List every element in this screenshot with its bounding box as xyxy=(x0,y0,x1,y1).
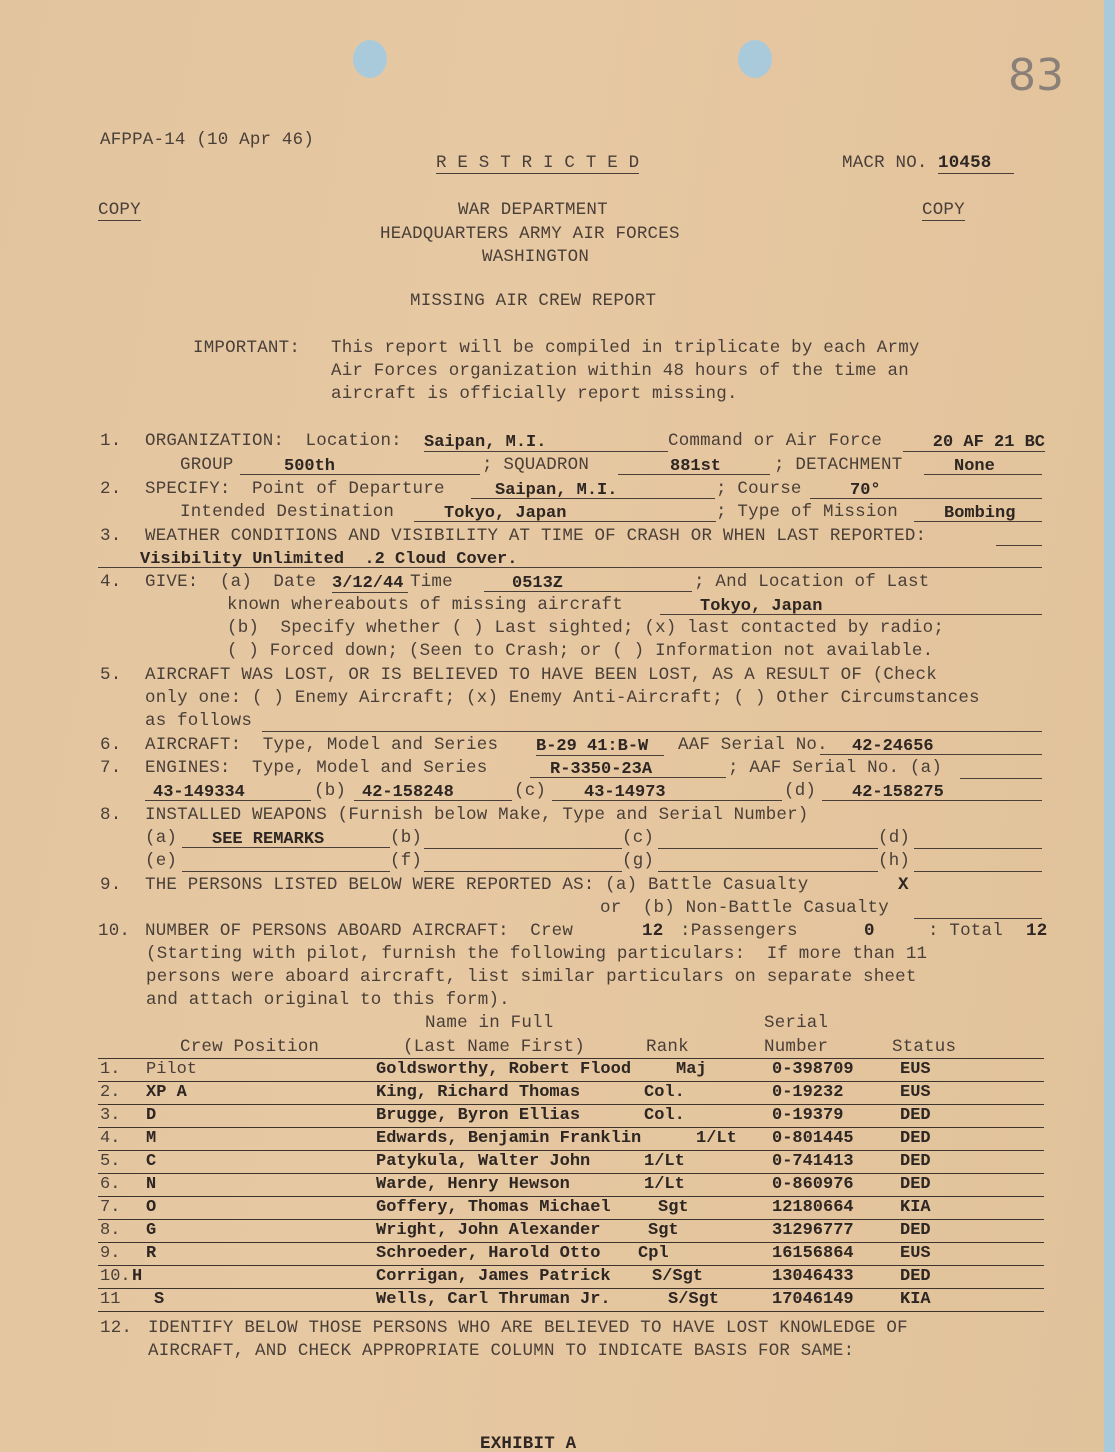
time-label: Time xyxy=(410,572,453,592)
s10-note3: and attach original to this form). xyxy=(146,990,510,1010)
engine-type-field: R-3350-23A xyxy=(530,760,726,778)
aircraft-serial-label: AAF Serial No. xyxy=(678,735,828,755)
table-row: 1. Pilot Goldsworthy, Robert Flood Maj 0… xyxy=(98,1060,1044,1083)
weapon-a-field: SEE REMARKS xyxy=(182,830,390,848)
row-num: 3. xyxy=(100,1106,120,1125)
engine-d-label: (d) xyxy=(784,781,816,801)
crew-serial: 31296777 xyxy=(772,1221,854,1240)
command-field: 20 AF 21 BC xyxy=(903,433,1045,452)
weapon-d-field xyxy=(914,830,1042,849)
crew-status: DED xyxy=(900,1175,931,1194)
crew-name: King, Richard Thomas xyxy=(376,1083,580,1102)
s4-num: 4. xyxy=(100,572,121,592)
weapon-e-field xyxy=(182,853,390,872)
header-serial-bottom: Number xyxy=(764,1037,828,1057)
crew-rank: S/Sgt xyxy=(668,1290,719,1309)
form-id: AFPPA-14 (10 Apr 46) xyxy=(100,130,314,150)
destination-field: Tokyo, Japan xyxy=(414,504,716,522)
header-status: Status xyxy=(892,1037,956,1057)
crew-status: EUS xyxy=(900,1244,931,1263)
crew-serial: 0-19232 xyxy=(772,1083,843,1102)
engine-serial-c: 43-14973 xyxy=(552,783,782,801)
crew-position: H xyxy=(132,1267,142,1286)
command-label: Command or Air Force xyxy=(668,431,882,451)
weapon-g-field xyxy=(658,853,878,872)
time-field: 0513Z xyxy=(484,574,692,592)
table-rule xyxy=(98,1104,1044,1105)
weapon-f-field xyxy=(424,853,622,872)
engine-serial-a-line xyxy=(960,760,1042,779)
row-num: 11 xyxy=(100,1290,120,1309)
important-line2: Air Forces organization within 48 hours … xyxy=(331,361,909,381)
crew-status: KIA xyxy=(900,1290,931,1309)
nonbattle-label: or (b) Non-Battle Casualty xyxy=(600,898,889,918)
s4b-line1: (b) Specify whether ( ) Last sighted; (x… xyxy=(227,618,944,638)
crew-rank: Maj xyxy=(676,1060,707,1079)
crew-position: C xyxy=(146,1152,156,1171)
classification: R E S T R I C T E D xyxy=(436,153,639,174)
s1-num: 1. xyxy=(100,431,121,451)
crew-position: Pilot xyxy=(146,1060,197,1079)
mission-label: ; Type of Mission xyxy=(716,502,898,522)
table-rule xyxy=(98,1173,1044,1174)
engine-serial-b: 42-158248 xyxy=(354,783,512,801)
table-rule xyxy=(98,1150,1044,1151)
table-row: 6. N Warde, Henry Hewson 1/Lt 0-860976 D… xyxy=(98,1175,1044,1198)
passenger-count: 0 xyxy=(864,921,875,941)
s12-line2: AIRCRAFT, AND CHECK APPROPRIATE COLUMN T… xyxy=(148,1341,854,1361)
crew-name: Patykula, Walter John xyxy=(376,1152,590,1171)
table-row: 4. M Edwards, Benjamin Franklin 1/Lt 0-8… xyxy=(98,1129,1044,1152)
important-line1: This report will be compiled in triplica… xyxy=(331,338,920,358)
s2-num: 2. xyxy=(100,479,121,499)
crew-position: N xyxy=(146,1175,156,1194)
crew-status: DED xyxy=(900,1129,931,1148)
table-row: 5. C Patykula, Walter John 1/Lt 0-741413… xyxy=(98,1152,1044,1175)
s7-num: 7. xyxy=(100,758,121,778)
crew-name: Wells, Carl Thruman Jr. xyxy=(376,1290,611,1309)
detachment-label: ; DETACHMENT xyxy=(774,455,902,475)
weather-line-end xyxy=(996,527,1042,546)
crew-name: Edwards, Benjamin Franklin xyxy=(376,1129,641,1148)
weather-field: Visibility Unlimited .2 Cloud Cover. xyxy=(98,550,1042,568)
table-row: 3. D Brugge, Byron Ellias Col. 0-19379 D… xyxy=(98,1106,1044,1129)
s9-num: 9. xyxy=(100,875,121,895)
total-label: : Total xyxy=(928,921,1003,941)
crew-rank: Col. xyxy=(644,1106,685,1125)
group-label: GROUP xyxy=(180,455,234,475)
s10-note1: (Starting with pilot, furnish the follow… xyxy=(146,944,927,964)
crew-rank: Sgt xyxy=(658,1198,689,1217)
row-num: 7. xyxy=(100,1198,120,1217)
crew-rank: 1/Lt xyxy=(644,1152,685,1171)
crew-position: G xyxy=(146,1221,156,1240)
macr-number: 10458 xyxy=(938,153,1014,174)
weapon-c-field xyxy=(658,830,878,849)
copy-left: COPY xyxy=(98,200,141,221)
table-row: 10. H Corrigan, James Patrick S/Sgt 1304… xyxy=(98,1267,1044,1290)
crew-serial: 16156864 xyxy=(772,1244,854,1263)
row-num: 1. xyxy=(100,1060,120,1079)
weapon-e-label: (e) xyxy=(145,851,177,871)
s9-label: THE PERSONS LISTED BELOW WERE REPORTED A… xyxy=(145,875,809,895)
s5-line1: AIRCRAFT WAS LOST, OR IS BELIEVED TO HAV… xyxy=(145,665,937,685)
s10-note2: persons were aboard aircraft, list simil… xyxy=(146,967,917,987)
crew-status: EUS xyxy=(900,1060,931,1079)
s5-line2: only one: ( ) Enemy Aircraft; (x) Enemy … xyxy=(145,688,980,708)
table-rule xyxy=(98,1265,1044,1266)
table-row: 8. G Wright, John Alexander Sgt 31296777… xyxy=(98,1221,1044,1244)
squadron-label: ; SQUADRON xyxy=(482,455,589,475)
s7-label: ENGINES: Type, Model and Series xyxy=(145,758,487,778)
weapon-b-field xyxy=(424,830,622,849)
crew-rank: Col. xyxy=(644,1083,685,1102)
departure-field: Saipan, M.I. xyxy=(471,481,715,499)
table-rule xyxy=(98,1058,1044,1059)
course-field: 70° xyxy=(810,481,1042,499)
s3-label: WEATHER CONDITIONS AND VISIBILITY AT TIM… xyxy=(145,526,926,546)
header-serial-top: Serial xyxy=(764,1013,828,1033)
weapon-g-label: (g) xyxy=(622,851,654,871)
table-row: 11 S Wells, Carl Thruman Jr. S/Sgt 17046… xyxy=(98,1290,1044,1313)
row-num: 6. xyxy=(100,1175,120,1194)
header-name-top: Name in Full xyxy=(425,1013,553,1033)
engine-b-label: (b) xyxy=(314,781,346,801)
crew-serial: 0-801445 xyxy=(772,1129,854,1148)
crew-name: Brugge, Byron Ellias xyxy=(376,1106,580,1125)
course-label: ; Course xyxy=(716,479,802,499)
passengers-label: :Passengers xyxy=(680,921,798,941)
crew-serial: 17046149 xyxy=(772,1290,854,1309)
s1-label: ORGANIZATION: Location: xyxy=(145,431,402,451)
punch-hole xyxy=(738,40,772,78)
report-title: MISSING AIR CREW REPORT xyxy=(410,291,656,311)
crew-serial: 0-19379 xyxy=(772,1106,843,1125)
whereabouts-field: Tokyo, Japan xyxy=(660,597,1042,615)
header-name-bottom: (Last Name First) xyxy=(403,1037,585,1057)
crew-serial: 0-741413 xyxy=(772,1152,854,1171)
s8-label: INSTALLED WEAPONS (Furnish below Make, T… xyxy=(145,805,809,825)
table-rule xyxy=(98,1196,1044,1197)
row-num: 2. xyxy=(100,1083,120,1102)
weapon-d-label: (d) xyxy=(878,828,910,848)
crew-position: XP A xyxy=(146,1083,187,1102)
dept-line2: HEADQUARTERS ARMY AIR FORCES xyxy=(380,224,680,244)
battle-casualty-mark: X xyxy=(898,875,909,895)
s3-num: 3. xyxy=(100,526,121,546)
weapon-b-label: (b) xyxy=(390,828,422,848)
aircraft-type-field: B-29 41:B-W xyxy=(536,737,664,756)
crew-rank: Cpl xyxy=(638,1244,669,1263)
crew-name: Schroeder, Harold Otto xyxy=(376,1244,600,1263)
table-row: 7. O Goffery, Thomas Michael Sgt 1218066… xyxy=(98,1198,1044,1221)
s4-label: GIVE: (a) Date xyxy=(145,572,316,592)
important-line3: aircraft is officially report missing. xyxy=(331,384,738,404)
s12-num: 12. xyxy=(100,1318,132,1338)
page-number-pencil: 83 xyxy=(1008,50,1064,101)
s6-num: 6. xyxy=(100,735,121,755)
detachment-field: None xyxy=(924,457,1042,475)
table-rule xyxy=(98,1311,1044,1312)
macr-label: MACR NO. xyxy=(842,153,928,173)
crew-name: Warde, Henry Hewson xyxy=(376,1175,570,1194)
crew-status: KIA xyxy=(900,1198,931,1217)
exhibit-label: EXHIBIT A xyxy=(480,1434,576,1452)
crew-serial: 12180664 xyxy=(772,1198,854,1217)
crew-position: S xyxy=(154,1290,164,1309)
row-num: 5. xyxy=(100,1152,120,1171)
crew-status: EUS xyxy=(900,1083,931,1102)
crew-serial: 13046433 xyxy=(772,1267,854,1286)
s12-line1: IDENTIFY BELOW THOSE PERSONS WHO ARE BEL… xyxy=(148,1318,908,1338)
table-row: 2. XP A King, Richard Thomas Col. 0-1923… xyxy=(98,1083,1044,1106)
weapon-h-field xyxy=(914,853,1042,872)
row-num: 4. xyxy=(100,1129,120,1148)
row-num: 8. xyxy=(100,1221,120,1240)
crew-serial: 0-860976 xyxy=(772,1175,854,1194)
table-rule xyxy=(98,1288,1044,1289)
crew-status: DED xyxy=(900,1267,931,1286)
weapon-h-label: (h) xyxy=(878,851,910,871)
engine-serial-label: ; AAF Serial No. (a) xyxy=(728,758,942,778)
circumstances-field xyxy=(262,713,1042,732)
crew-rank: Sgt xyxy=(648,1221,679,1240)
table-row: 9. R Schroeder, Harold Otto Cpl 16156864… xyxy=(98,1244,1044,1267)
total-count: 12 xyxy=(1026,921,1047,941)
weapon-c-label: (c) xyxy=(622,828,654,848)
destination-label: Intended Destination xyxy=(180,502,394,522)
document-page: 83 AFPPA-14 (10 Apr 46) R E S T R I C T … xyxy=(0,0,1104,1452)
s6-label: AIRCRAFT: Type, Model and Series xyxy=(145,735,498,755)
crew-rank: S/Sgt xyxy=(652,1267,703,1286)
crew-position: R xyxy=(146,1244,156,1263)
engine-serial-d: 42-158275 xyxy=(822,783,1042,801)
s8-num: 8. xyxy=(100,805,121,825)
nonbattle-field xyxy=(914,900,1042,919)
dept-line1: WAR DEPARTMENT xyxy=(458,200,608,220)
crew-name: Goffery, Thomas Michael xyxy=(376,1198,611,1217)
s10-num: 10. xyxy=(98,921,130,941)
crew-position: O xyxy=(146,1198,156,1217)
weapon-f-label: (f) xyxy=(390,851,422,871)
copy-right: COPY xyxy=(922,200,965,221)
crew-rank: 1/Lt xyxy=(696,1129,737,1148)
aircraft-serial-field: 42-24656 xyxy=(820,737,1042,755)
table-rule xyxy=(98,1242,1044,1243)
s10-label: NUMBER OF PERSONS ABOARD AIRCRAFT: Crew xyxy=(145,921,573,941)
squadron-field: 881st xyxy=(618,457,770,475)
crew-name: Corrigan, James Patrick xyxy=(376,1267,611,1286)
date-field: 3/12/44 xyxy=(332,574,408,593)
engine-serial-a: 43-149334 xyxy=(145,783,311,801)
row-num: 10. xyxy=(100,1267,131,1286)
crew-count: 12 xyxy=(642,921,663,941)
s5-num: 5. xyxy=(100,665,121,685)
crew-name: Goldsworthy, Robert Flood xyxy=(376,1060,631,1079)
group-field: 500th xyxy=(240,457,480,475)
row-num: 9. xyxy=(100,1244,120,1263)
location-field: Saipan, M.I. xyxy=(424,433,668,452)
crew-position: M xyxy=(146,1129,156,1148)
crew-status: DED xyxy=(900,1152,931,1171)
crew-status: DED xyxy=(900,1221,931,1240)
crew-rank: 1/Lt xyxy=(644,1175,685,1194)
location-last-label: ; And Location of Last xyxy=(694,572,929,592)
whereabouts-label: known whereabouts of missing aircraft xyxy=(227,595,623,615)
important-label: IMPORTANT: xyxy=(193,338,300,358)
s5-line3: as follows xyxy=(145,711,252,731)
header-rank: Rank xyxy=(646,1037,689,1057)
mission-field: Bombing xyxy=(914,504,1042,522)
weapon-a-label: (a) xyxy=(145,828,177,848)
header-position: Crew Position xyxy=(180,1037,319,1057)
table-rule xyxy=(98,1081,1044,1082)
punch-hole xyxy=(353,40,387,78)
crew-position: D xyxy=(146,1106,156,1125)
engine-c-label: (c) xyxy=(514,781,546,801)
dept-line3: WASHINGTON xyxy=(482,247,589,267)
table-rule xyxy=(98,1219,1044,1220)
crew-status: DED xyxy=(900,1106,931,1125)
s2-label: SPECIFY: Point of Departure xyxy=(145,479,445,499)
crew-serial: 0-398709 xyxy=(772,1060,854,1079)
s4b-line2: ( ) Forced down; (Seen to Crash; or ( ) … xyxy=(227,641,933,661)
table-rule xyxy=(98,1127,1044,1128)
crew-name: Wright, John Alexander xyxy=(376,1221,600,1240)
